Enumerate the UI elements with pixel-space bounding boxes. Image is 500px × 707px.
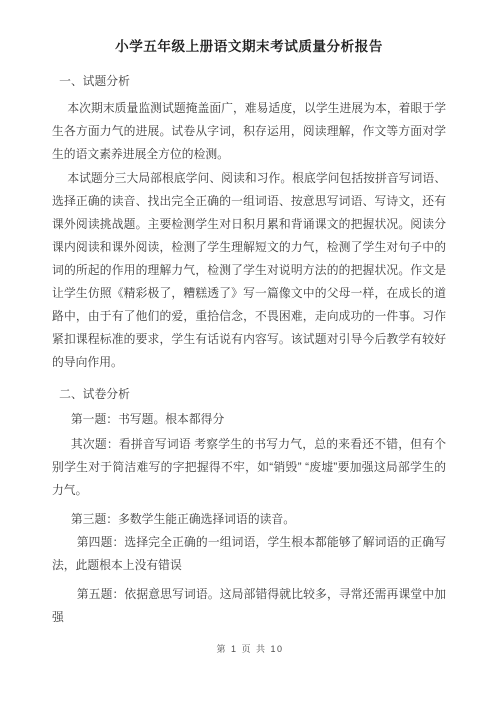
paragraph-exam-structure: 本试题分三大局部根底学问、阅读和习作。根底学问包括按拼音写词语、选择正确的读音、…	[52, 167, 446, 374]
question-item-2: 其次题：看拼音写词语 考察学生的书写力气，总的来看还不错，但有个别学生对于简洁难…	[52, 433, 446, 502]
document-page: 小学五年级上册语文期末考试质量分析报告 一、试题分析 本次期末质量监测试题掩盖面…	[0, 0, 500, 707]
section-heading-paper-analysis: 二、试卷分析	[52, 383, 446, 406]
question-item-1: 第一题：书写题。根本都得分	[52, 408, 446, 431]
section-heading-question-analysis: 一、试题分析	[52, 70, 446, 93]
document-body: 小学五年级上册语文期末考试质量分析报告 一、试题分析 本次期末质量监测试题掩盖面…	[52, 35, 446, 629]
page-number: 第 1 页 共 10	[0, 643, 500, 655]
paragraph-exam-overview: 本次期末质量监测试题掩盖面广，难易适度，以学生进展为本，着眼于学生各方面力气的进…	[52, 97, 446, 166]
question-item-4: 第四题：选择完全正确的一组词语，学生根本都能够了解词语的正确写法，此题根本上没有…	[52, 531, 446, 577]
question-item-5: 第五题：依据意思写词语。这局部错得就比较多，寻常还需再课堂中加强	[52, 583, 446, 629]
document-title: 小学五年级上册语文期末考试质量分析报告	[52, 35, 446, 59]
question-item-3: 第三题：多数学生能正确选择词语的读音。	[52, 508, 446, 531]
